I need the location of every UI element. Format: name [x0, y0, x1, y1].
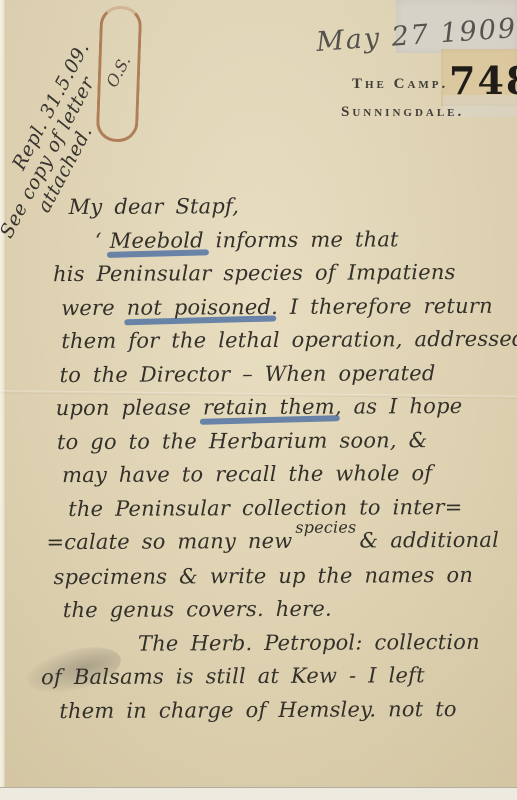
letter-line: were not poisoned. I therefore return: [61, 289, 494, 325]
letter-line: his Peninsular species of Impatiens: [53, 256, 494, 292]
letterhead-place-name: Sunningdale.: [341, 104, 464, 121]
letter-line: them for the lethal operation, addressed: [61, 323, 494, 359]
letter-line: The Herb. Petropol: collection: [138, 625, 496, 660]
letter-line: the Peninsular collection to inter=: [68, 490, 495, 526]
underlined-text: not poisoned: [127, 294, 271, 319]
letter-page: May 27 1909 The Camp. 748 Sunningdale. R…: [0, 0, 517, 800]
letter-text: upon please: [56, 395, 203, 420]
letterhead-house-name: The Camp.: [352, 76, 448, 93]
underlined-text: retain them: [203, 395, 335, 420]
letter-body: My dear Stapf, ‘Meebold informs me that …: [39, 189, 497, 728]
letter-line: of Balsams is still at Kew - I left: [41, 659, 496, 695]
letter-line: specimens & write up the names on: [54, 558, 496, 594]
salutation: My dear Stapf,: [69, 189, 494, 225]
letter-text: =calate so many new: [46, 529, 292, 554]
letter-line: ‘Meebold informs me that: [95, 222, 494, 258]
letter-text: , as I hope: [335, 394, 463, 419]
pen-tick-mark: ‘: [95, 228, 102, 252]
letter-text: . I therefore return: [271, 293, 493, 318]
letter-text: & additional: [359, 528, 499, 553]
letter-text: informs me that: [204, 227, 399, 252]
letter-line: =calate so many newspecies& additional: [46, 524, 495, 561]
inserted-word: species: [295, 511, 356, 545]
letter-line: may have to recall the whole of: [62, 457, 495, 493]
underlined-text: Meebold: [110, 228, 204, 252]
letter-text: were: [61, 295, 127, 319]
letter-line: the genus covers. here.: [63, 592, 496, 628]
page-left-edge: [0, 0, 6, 800]
page-bottom-edge: [0, 787, 517, 800]
letter-line: upon please retain them, as I hope: [56, 390, 495, 426]
folio-number-stamp: 748: [449, 58, 517, 103]
letter-line: them in charge of Hemsley. not to: [59, 692, 496, 728]
letter-line: to go to the Herbarium soon, &: [57, 423, 495, 459]
letter-line: to the Director – When operated: [59, 356, 494, 392]
